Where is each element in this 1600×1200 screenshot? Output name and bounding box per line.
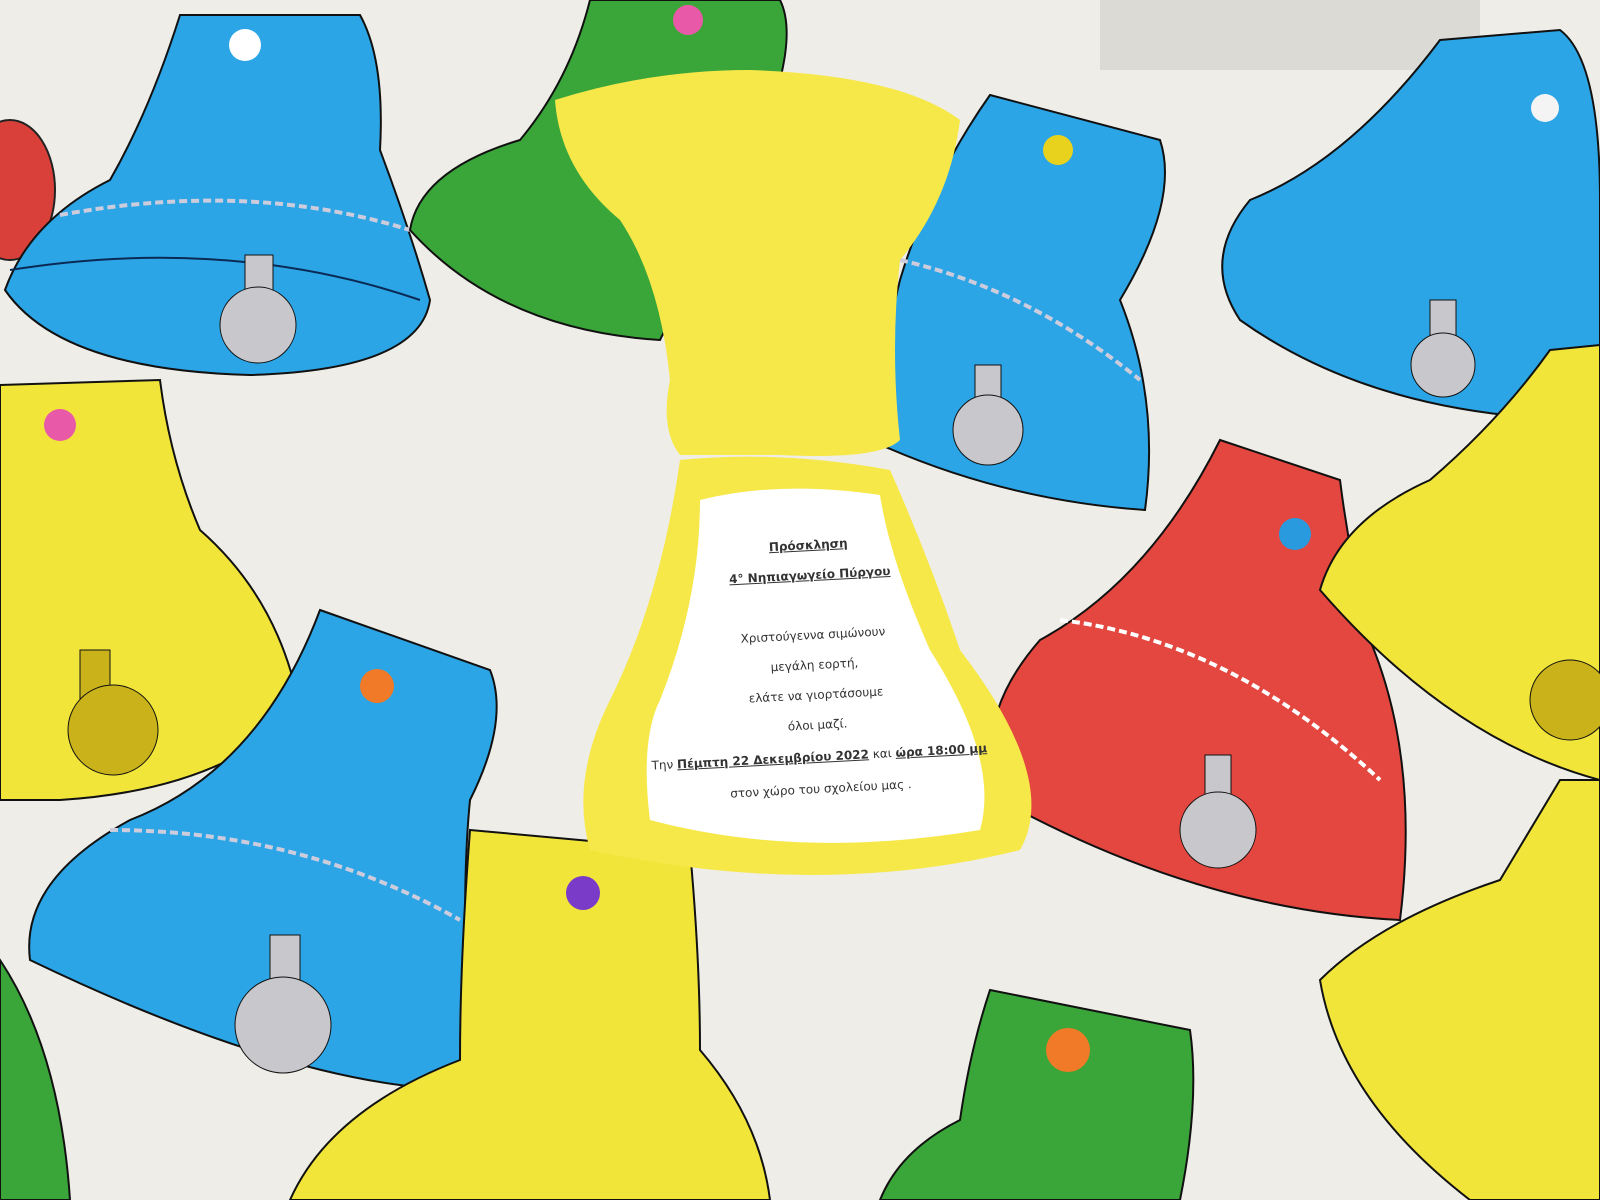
invitation-date-line: Την Πέμπτη 22 Δεκεμβρίου 2022 και ώρα 18…	[644, 741, 994, 773]
invitation-text: Πρόσκληση 4° Νηπιαγωγείο Πύργου Χριστούγ…	[632, 501, 999, 849]
invitation-card: Πρόσκληση 4° Νηπιαγωγείο Πύργου Χριστούγ…	[640, 510, 990, 840]
bell-red-right	[991, 440, 1406, 920]
invitation-location: στον χώρο του σχολείου μας .	[646, 773, 996, 805]
cloth-corner	[1100, 0, 1480, 70]
invitation-title: Πρόσκληση	[633, 529, 983, 561]
date-prefix: Την	[651, 758, 673, 773]
date-joiner: και	[872, 746, 892, 761]
invitation-school: 4° Νηπιαγωγείο Πύργου	[635, 559, 985, 591]
invitation-time: ώρα 18:00 μμ	[895, 741, 987, 760]
invitation-verse-4: όλοι μαζί.	[642, 709, 992, 741]
bell-green-left-edge	[0, 960, 70, 1200]
invitation-verse-2: μεγάλη εορτή,	[639, 649, 989, 681]
invitation-verse-3: ελάτε να γιορτάσουμε	[641, 679, 991, 711]
bell-blue-top-left	[5, 15, 430, 375]
invitation-date: Πέμπτη 22 Δεκεμβρίου 2022	[677, 747, 870, 771]
invitation-verse-1: Χριστούγεννα σιμώνουν	[638, 619, 988, 651]
bell-green-bottom	[880, 990, 1193, 1200]
